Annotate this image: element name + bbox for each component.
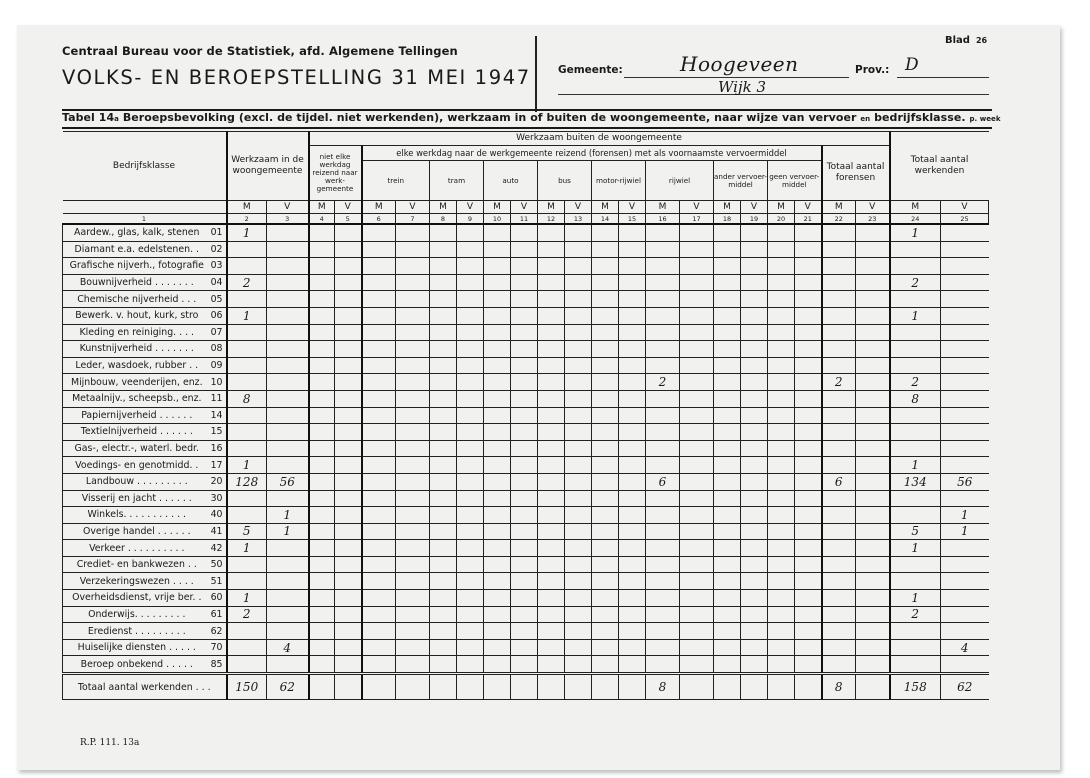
cell-col-21 [795,606,822,623]
cell-col-23 [856,407,890,424]
cell-col-3 [267,656,309,674]
header-totaal-forensen: Totaal aantal forensen [822,146,890,201]
mv-header-2: M [227,201,267,214]
table-row: Metaalnijv., scheepsb., enz.1188 [63,390,989,407]
cell-col-15 [619,224,646,241]
cell-col-16 [646,457,680,474]
industry-name: Metaalnijv., scheepsb., enz. [72,393,201,404]
cell-col-21 [795,490,822,507]
cell-col-23 [856,623,890,640]
cell-col-25 [941,573,989,590]
cell-col-7 [396,507,430,524]
cell-col-2: 150 [227,674,267,700]
cell-col-11 [511,357,538,374]
cell-col-12 [538,307,565,324]
cell-col-16: 8 [646,674,680,700]
cell-col-10 [484,556,511,573]
column-number-25: 25 [941,214,989,225]
cell-col-15 [619,639,646,656]
cell-col-6 [362,457,396,474]
cell-col-20 [768,424,795,441]
cell-col-17 [680,274,714,291]
cell-col-12 [538,490,565,507]
cell-col-24 [890,407,941,424]
cell-col-3 [267,324,309,341]
cell-col-6 [362,674,396,700]
cell-col-21 [795,623,822,640]
cell-col-5 [335,523,362,540]
cell-col-19 [741,258,768,275]
industry-code: 85 [211,659,226,670]
row-label: Mijnbouw, veenderijen, enz.10 [63,374,227,391]
cell-col-20 [768,324,795,341]
cell-col-6 [362,357,396,374]
cell-col-19 [741,490,768,507]
column-number-8: 8 [430,214,457,225]
cell-col-25 [941,656,989,674]
cell-col-11 [511,424,538,441]
cell-col-9 [457,241,484,258]
column-number-22: 22 [822,214,856,225]
cell-col-20 [768,390,795,407]
cell-col-8 [430,523,457,540]
cell-col-24 [890,241,941,258]
cell-col-12 [538,324,565,341]
cell-col-16 [646,274,680,291]
cell-col-6 [362,374,396,391]
cell-col-11 [511,341,538,358]
table-row: Gas-, electr.-, waterl. bedr.16 [63,440,989,457]
cell-col-14 [592,490,619,507]
cell-col-21 [795,390,822,407]
cell-col-13 [565,357,592,374]
cell-col-9 [457,457,484,474]
cell-col-5 [335,590,362,607]
cell-col-18 [714,507,741,524]
cell-col-22 [822,457,856,474]
cell-col-13 [565,341,592,358]
cell-col-5 [335,473,362,490]
cell-col-16 [646,540,680,557]
column-number-24: 24 [890,214,941,225]
column-number-13: 13 [565,214,592,225]
cell-col-11 [511,656,538,674]
cell-col-4 [309,623,335,640]
column-number-11: 11 [511,214,538,225]
cell-col-2 [227,258,267,275]
cell-col-3 [267,623,309,640]
cell-col-20 [768,573,795,590]
cell-col-17 [680,440,714,457]
cell-col-24 [890,490,941,507]
cell-col-24: 1 [890,457,941,474]
cell-col-11 [511,473,538,490]
cell-col-10 [484,407,511,424]
table-row: Kleding en reiniging. . . .07 [63,324,989,341]
cell-col-25 [941,606,989,623]
cell-col-17 [680,258,714,275]
cell-col-10 [484,324,511,341]
cell-col-6 [362,274,396,291]
mv-header-22: M [822,201,856,214]
cell-col-19 [741,623,768,640]
cell-col-11 [511,457,538,474]
mv-header-11: V [511,201,538,214]
cell-col-25: 62 [941,674,989,700]
cell-col-23 [856,540,890,557]
cell-col-20 [768,341,795,358]
blad-label: Blad [945,35,970,46]
cell-col-11 [511,291,538,308]
cell-col-5 [335,390,362,407]
cell-col-24 [890,556,941,573]
cell-col-22 [822,307,856,324]
cell-col-17 [680,656,714,674]
cell-col-20 [768,258,795,275]
table-row: Winkels. . . . . . . . . . .4011 [63,507,989,524]
cell-col-5 [335,324,362,341]
cell-col-19 [741,523,768,540]
cell-col-17 [680,341,714,358]
cell-col-12 [538,258,565,275]
cell-col-5 [335,224,362,241]
cell-col-13 [565,639,592,656]
header-motorrijwiel: motor-rijwiel [592,161,646,201]
cell-col-19 [741,407,768,424]
column-number-9: 9 [457,214,484,225]
cell-col-9 [457,307,484,324]
cell-col-9 [457,324,484,341]
cell-col-25 [941,241,989,258]
industry-code: 50 [211,559,226,570]
cell-col-18 [714,623,741,640]
cell-col-12 [538,656,565,674]
cell-col-6 [362,407,396,424]
cell-col-22 [822,490,856,507]
cell-col-9 [457,357,484,374]
cell-col-9 [457,374,484,391]
industry-name: Huiselijke diensten . . . . . [78,642,196,653]
cell-col-14 [592,656,619,674]
cell-col-18 [714,424,741,441]
cell-col-14 [592,390,619,407]
row-label: Crediet- en bankwezen . .50 [63,556,227,573]
cell-col-13 [565,324,592,341]
industry-name: Overige handel . . . . . . [83,526,191,537]
cell-col-11 [511,324,538,341]
cell-col-22 [822,573,856,590]
row-label: Overheidsdienst, vrije ber. .60 [63,590,227,607]
industry-name: Eredienst . . . . . . . . . [88,626,186,637]
mv-header-row: MVMVMVMVMVMVMVMVMVMVMVMV [63,201,989,214]
table-row: Eredienst . . . . . . . . .62 [63,623,989,640]
cell-col-3 [267,224,309,241]
cell-col-23 [856,507,890,524]
cell-col-8 [430,241,457,258]
total-row-label: Totaal aantal werkenden . . . [63,674,227,700]
cell-col-22 [822,440,856,457]
total-row: Totaal aantal werkenden . . .15062881586… [63,674,989,700]
cell-col-20 [768,440,795,457]
cell-col-18 [714,556,741,573]
mv-header-blank [63,201,227,214]
cell-col-18 [714,357,741,374]
cell-col-23 [856,307,890,324]
cell-col-19 [741,341,768,358]
industry-code: 04 [211,277,226,288]
cell-col-21 [795,674,822,700]
cell-col-6 [362,490,396,507]
cell-col-23 [856,324,890,341]
cell-col-16 [646,390,680,407]
cell-col-3: 62 [267,674,309,700]
cell-col-23 [856,274,890,291]
cell-col-24 [890,291,941,308]
cell-col-24 [890,258,941,275]
cell-col-11 [511,390,538,407]
industry-code: 51 [211,576,226,587]
cell-col-16 [646,440,680,457]
cell-col-22: 8 [822,674,856,700]
industry-name: Kleding en reiniging. . . . [80,327,195,338]
cell-col-20 [768,507,795,524]
cell-col-10 [484,507,511,524]
cell-col-14 [592,573,619,590]
industry-name: Verkeer . . . . . . . . . . [89,543,184,554]
gemeente-value: Hoogeveen [680,52,799,76]
cell-col-6 [362,341,396,358]
cell-col-4 [309,357,335,374]
row-label: Visserij en jacht . . . . . .30 [63,490,227,507]
cell-col-2: 8 [227,390,267,407]
cell-col-2: 1 [227,590,267,607]
cell-col-12 [538,374,565,391]
cell-col-15 [619,440,646,457]
cell-col-16 [646,324,680,341]
cell-col-13 [565,224,592,241]
cell-col-10 [484,606,511,623]
cell-col-5 [335,656,362,674]
cell-col-5 [335,440,362,457]
industry-name: Visserij en jacht . . . . . . [82,493,192,504]
cell-col-12 [538,623,565,640]
cell-col-12 [538,457,565,474]
cell-col-7 [396,540,430,557]
cell-col-6 [362,606,396,623]
cell-col-14 [592,674,619,700]
cell-col-23 [856,674,890,700]
cell-col-22 [822,291,856,308]
cell-col-14 [592,324,619,341]
cell-col-2 [227,440,267,457]
cell-col-7 [396,341,430,358]
cell-col-15 [619,656,646,674]
mv-header-7: V [396,201,430,214]
cell-col-5 [335,573,362,590]
cell-col-22 [822,507,856,524]
cell-col-3 [267,540,309,557]
cell-col-23 [856,357,890,374]
cell-col-20 [768,457,795,474]
row-label: Kleding en reiniging. . . .07 [63,324,227,341]
industry-name: Bouwnijverheid . . . . . . . [80,277,194,288]
cell-col-25 [941,357,989,374]
cell-col-8 [430,258,457,275]
wijk-underline [558,94,989,95]
cell-col-6 [362,639,396,656]
cell-col-7 [396,307,430,324]
industry-name: Leder, wasdoek, rubber . . [75,360,198,371]
cell-col-17 [680,224,714,241]
cell-col-8 [430,407,457,424]
cell-col-15 [619,307,646,324]
cell-col-16 [646,590,680,607]
prov-underline [897,77,989,78]
mv-header-12: M [538,201,565,214]
cell-col-14 [592,639,619,656]
cell-col-6 [362,590,396,607]
table-row: Grafische nijverh., fotografie03 [63,258,989,275]
cell-col-11 [511,573,538,590]
cell-col-16 [646,606,680,623]
cell-col-5 [335,606,362,623]
industry-name: Papiernijverheid . . . . . . [81,410,192,421]
cell-col-24 [890,341,941,358]
cell-col-18 [714,307,741,324]
sheet-number: Blad26 [945,35,987,46]
column-number-23: 23 [856,214,890,225]
mv-header-5: V [335,201,362,214]
cell-col-4 [309,656,335,674]
row-label: Kunstnijverheid . . . . . . .08 [63,341,227,358]
column-number-19: 19 [741,214,768,225]
mv-header-10: M [484,201,511,214]
cell-col-24: 2 [890,374,941,391]
industry-name: Chemische nijverheid . . . [77,294,196,305]
cell-col-23 [856,291,890,308]
cell-col-19 [741,324,768,341]
cell-col-16 [646,357,680,374]
cell-col-22 [822,523,856,540]
industry-code: 30 [211,493,226,504]
industry-name: Overheidsdienst, vrije ber. . [72,592,201,603]
cell-col-15 [619,407,646,424]
table-title-prefix: Tabel 14 [62,111,114,124]
cell-col-14 [592,258,619,275]
cell-col-2: 5 [227,523,267,540]
gemeente-label: Gemeente: [558,64,623,76]
cell-col-14 [592,357,619,374]
cell-col-12 [538,440,565,457]
cell-col-3 [267,374,309,391]
cell-col-11 [511,407,538,424]
cell-col-16: 6 [646,473,680,490]
cell-col-13 [565,390,592,407]
cell-col-6 [362,390,396,407]
cell-col-16 [646,639,680,656]
cell-col-21 [795,507,822,524]
row-label: Bewerk. v. hout, kurk, stro06 [63,307,227,324]
cell-col-4 [309,407,335,424]
cell-col-9 [457,291,484,308]
cell-col-17 [680,540,714,557]
cell-col-25 [941,390,989,407]
cell-col-9 [457,258,484,275]
cell-col-19 [741,307,768,324]
cell-col-4 [309,507,335,524]
cell-col-19 [741,507,768,524]
cell-col-15 [619,258,646,275]
cell-col-7 [396,473,430,490]
cell-col-25 [941,307,989,324]
cell-col-2: 1 [227,540,267,557]
row-label: Bouwnijverheid . . . . . . .04 [63,274,227,291]
cell-col-20 [768,307,795,324]
cell-col-14 [592,440,619,457]
prov-value: D [905,55,919,75]
cell-col-7 [396,224,430,241]
cell-col-20 [768,224,795,241]
cell-col-13 [565,623,592,640]
cell-col-5 [335,424,362,441]
cell-col-2 [227,324,267,341]
cell-col-24 [890,507,941,524]
prov-label: Prov.: [855,64,889,76]
cell-col-24: 158 [890,674,941,700]
cell-col-3 [267,590,309,607]
cell-col-2 [227,424,267,441]
cell-col-20 [768,523,795,540]
cell-col-16 [646,656,680,674]
cell-col-5 [335,407,362,424]
cell-col-9 [457,639,484,656]
cell-col-14 [592,341,619,358]
industry-code: 02 [211,244,226,255]
cell-col-15 [619,573,646,590]
column-number-21: 21 [795,214,822,225]
column-number-6: 6 [362,214,396,225]
cell-col-10 [484,623,511,640]
cell-col-14 [592,606,619,623]
cell-col-16 [646,341,680,358]
cell-col-25 [941,324,989,341]
cell-col-24 [890,573,941,590]
cell-col-9 [457,440,484,457]
cell-col-7 [396,424,430,441]
cell-col-9 [457,540,484,557]
column-number-2: 2 [227,214,267,225]
header-bus: bus [538,161,592,201]
cell-col-18 [714,241,741,258]
cell-col-21 [795,656,822,674]
industry-code: 20 [211,476,226,487]
row-label: Textielnijverheid . . . . . .15 [63,424,227,441]
cell-col-13 [565,440,592,457]
cell-col-23 [856,590,890,607]
cell-col-10 [484,440,511,457]
cell-col-22: 2 [822,374,856,391]
cell-col-17 [680,556,714,573]
header-tram: tram [430,161,484,201]
table-row: Beroep onbekend . . . . .85 [63,656,989,674]
cell-col-25 [941,258,989,275]
cell-col-11 [511,507,538,524]
cell-col-10 [484,590,511,607]
cell-col-19 [741,241,768,258]
cell-col-20 [768,374,795,391]
industry-code: 41 [211,526,226,537]
cell-col-21 [795,224,822,241]
